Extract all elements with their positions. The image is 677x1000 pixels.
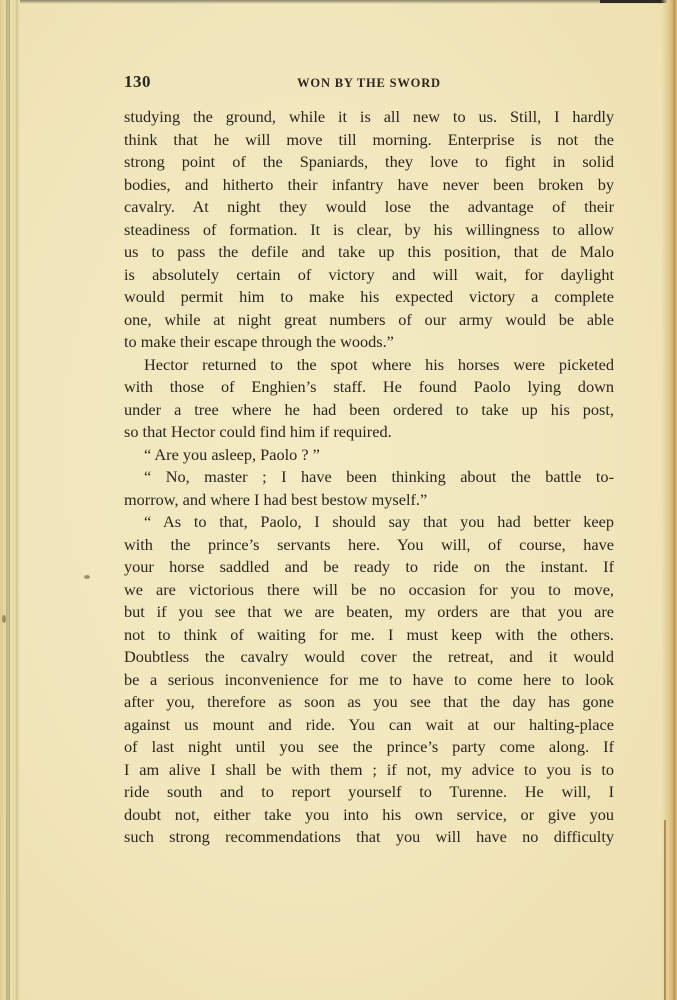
paragraph: “ No, master ; I have been thinking abou… xyxy=(124,466,614,511)
text-line: but if you see that we are beaten, my or… xyxy=(124,601,614,624)
text-line: bodies, and hitherto their infantry have… xyxy=(124,174,614,197)
paragraph: “ As to that, Paolo, I should say that y… xyxy=(124,511,614,849)
text-line: doubt not, either take you into his own … xyxy=(124,804,614,827)
text-line: with those of Enghien’s staff. He found … xyxy=(124,376,614,399)
paragraph: Hector returned to the spot where his ho… xyxy=(124,354,614,444)
text-line: not to think of waiting for me. I must k… xyxy=(124,624,614,647)
text-line: studying the ground, while it is all new… xyxy=(124,106,614,129)
running-title: WON BY THE SWORD xyxy=(124,76,614,91)
text-line: after you, therefore as soon as you see … xyxy=(124,691,614,714)
text-line: such strong recommendations that you wil… xyxy=(124,826,614,849)
running-head: 130 WON BY THE SWORD xyxy=(124,70,614,94)
text-line: steadiness of formation. It is clear, by… xyxy=(124,219,614,242)
ink-smudge xyxy=(2,615,6,623)
text-line: under a tree where he had been ordered t… xyxy=(124,399,614,422)
text-line: “ Are you asleep, Paolo ? ” xyxy=(124,444,614,467)
text-line: Doubtless the cavalry would cover the re… xyxy=(124,646,614,669)
gutter-shadow xyxy=(16,0,20,1000)
text-line: against us mount and ride. You can wait … xyxy=(124,714,614,737)
text-line: Hector returned to the spot where his ho… xyxy=(124,354,614,377)
text-line: cavalry. At night they would lose the ad… xyxy=(124,196,614,219)
text-line: “ As to that, Paolo, I should say that y… xyxy=(124,511,614,534)
ink-smudge xyxy=(84,575,90,579)
text-line: we are victorious there will be no occas… xyxy=(124,579,614,602)
text-line: one, while at night great numbers of our… xyxy=(124,309,614,332)
text-line: so that Hector could find him if require… xyxy=(124,421,614,444)
text-line: strong point of the Spaniards, they love… xyxy=(124,151,614,174)
book-page: 130 WON BY THE SWORD studying the ground… xyxy=(124,70,614,849)
text-line: of last night until you see the prince’s… xyxy=(124,736,614,759)
paragraph: “ Are you asleep, Paolo ? ” xyxy=(124,444,614,467)
text-line: your horse saddled and be ready to ride … xyxy=(124,556,614,579)
text-line: think that he will move till morning. En… xyxy=(124,129,614,152)
text-line: is absolutely certain of victory and wil… xyxy=(124,264,614,287)
top-page-edge xyxy=(20,0,677,4)
text-line: to make their escape through the woods.” xyxy=(124,331,614,354)
text-line: would permit him to make his expected vi… xyxy=(124,286,614,309)
text-line: us to pass the defile and take up this p… xyxy=(124,241,614,264)
body-text: studying the ground, while it is all new… xyxy=(124,106,614,849)
right-edge-line xyxy=(664,820,666,1000)
text-line: ride south and to report yourself to Tur… xyxy=(124,781,614,804)
text-line: with the prince’s servants here. You wil… xyxy=(124,534,614,557)
text-line: “ No, master ; I have been thinking abou… xyxy=(124,466,614,489)
text-line: morrow, and where I had best bestow myse… xyxy=(124,489,614,512)
paragraph: studying the ground, while it is all new… xyxy=(124,106,614,354)
text-line: be a serious inconvenience for me to hav… xyxy=(124,669,614,692)
text-line: I am alive I shall be with them ; if not… xyxy=(124,759,614,782)
